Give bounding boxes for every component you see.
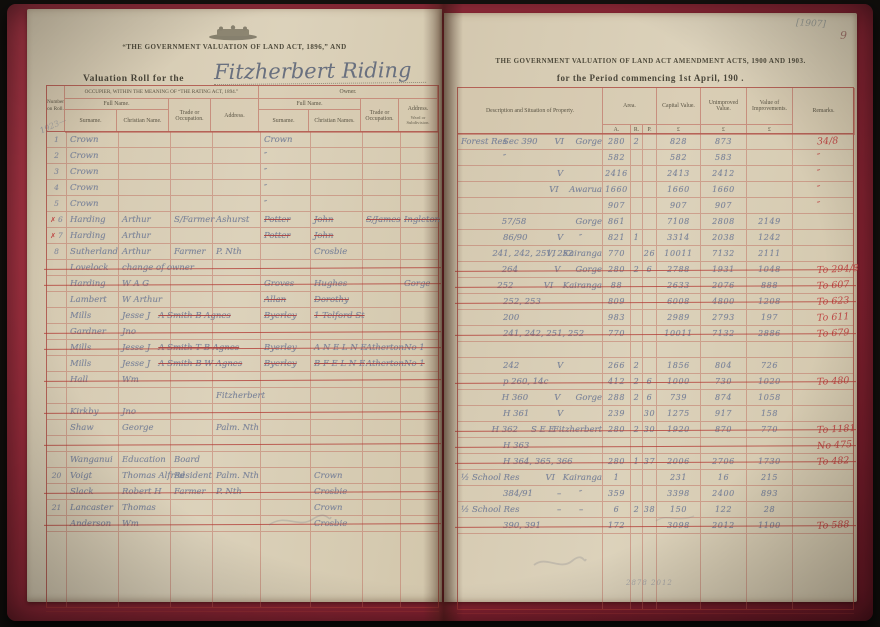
cell-owc xyxy=(311,420,363,435)
cell-owc xyxy=(311,372,363,387)
roll-label: Valuation Roll for the xyxy=(83,74,184,84)
roll-row-left: Fitzherbert xyxy=(47,388,438,404)
roll-row-right: 242V26621856804726 xyxy=(458,358,853,374)
cell-owc: John xyxy=(311,228,363,243)
cell-owc: B F E L N E xyxy=(311,356,363,371)
roll-row-right: H 364, 365, 366280137200627061730To 482 xyxy=(458,454,853,470)
cell-a: 280 xyxy=(603,422,631,437)
cell-occ xyxy=(119,132,171,147)
roll-row-right: 907907907″ xyxy=(458,198,853,214)
cell-no: 5 xyxy=(47,196,67,211)
roll-row-right: Forest ResSec 390VIGorge280282887334/8 xyxy=(458,134,853,150)
cell-oct xyxy=(171,404,213,419)
cell-owa: No 1 xyxy=(401,340,440,355)
cell-owa xyxy=(401,180,440,195)
cell-imp xyxy=(747,342,793,357)
right-table: Description and Situation of Property. A… xyxy=(457,87,854,614)
cell-description: VIAwarua xyxy=(458,182,603,197)
cell-ows xyxy=(261,468,311,483)
roll-row-right: H 363No 475 xyxy=(458,438,853,454)
cell-no xyxy=(47,452,67,467)
col-header-full-name-owner: Full Name. xyxy=(259,99,361,110)
cell-remarks: To 588 xyxy=(793,518,855,533)
riding-name-handwritten: Fitzherbert Riding xyxy=(214,58,426,85)
cell-owc: 1 Telford St xyxy=(311,308,363,323)
cell-owa xyxy=(401,228,440,243)
cell-description xyxy=(458,342,603,357)
cell-no: 1 xyxy=(47,132,67,147)
cell-p xyxy=(643,214,657,229)
cell-owc: Crosbie xyxy=(311,244,363,259)
ward-subdivision-label: Ward or Subdivision. xyxy=(400,115,436,125)
cell-description: H 363 xyxy=(458,438,603,453)
cell-oct: S/Farmer xyxy=(171,212,213,227)
left-rows: 1CrownCrown2Crown″3Crown″4Crown″5Crown″✗… xyxy=(46,132,439,607)
cell-r xyxy=(631,166,643,181)
cell-occ xyxy=(119,180,171,195)
cell-oct xyxy=(171,196,213,211)
cell-owa xyxy=(401,308,440,323)
roll-row-left: LambertW ArthurAllanDorothy xyxy=(47,292,438,308)
cell-ocs: Shaw xyxy=(67,420,119,435)
cell-remarks: ″ xyxy=(793,150,855,165)
cell-a: 6 xyxy=(603,502,631,517)
red-x-mark: ✗ xyxy=(50,216,56,224)
cell-owa xyxy=(401,452,440,467)
cell-ocs xyxy=(67,388,119,403)
col-header-full-name-occupier: Full Name. xyxy=(65,99,169,110)
cell-owt xyxy=(363,420,401,435)
cell-owc xyxy=(311,180,363,195)
cell-owc: Hughes xyxy=(311,276,363,291)
cell-a: 907 xyxy=(603,198,631,213)
cell-r: 1 xyxy=(631,230,643,245)
roll-row-right: 252VIKairanga8826332076888To 607 xyxy=(458,278,853,294)
cell-oct xyxy=(171,420,213,435)
cell-owa xyxy=(401,484,440,499)
cell-owt xyxy=(363,516,401,531)
cell-oct xyxy=(171,228,213,243)
cell-imp: 1242 xyxy=(747,230,793,245)
cell-description: H 361V xyxy=(458,406,603,421)
cell-oct xyxy=(171,164,213,179)
roll-row-left: HardingW A GGrovesHughesGorge xyxy=(47,276,438,292)
col-header-remarks: Remarks. xyxy=(793,88,855,135)
cell-ocs: Slack xyxy=(67,484,119,499)
cell-description: 390, 391 xyxy=(458,518,603,533)
cell-imp: 1048 xyxy=(747,262,793,277)
cell-ocs: Gardner xyxy=(67,324,119,339)
cell-cap: 6008 xyxy=(657,294,701,309)
roll-row-left: MillsJesse JA Smith T B AgnesByerleyA N … xyxy=(47,340,438,356)
period-title: for the Period commencing 1st April, 190… xyxy=(444,73,857,83)
cell-ows: Crown xyxy=(261,132,311,147)
cell-ocs: Lancaster xyxy=(67,500,119,515)
cell-remarks xyxy=(793,502,855,517)
cell-cap: 10011 xyxy=(657,326,701,341)
cell-remarks xyxy=(793,486,855,501)
cell-r: 1 xyxy=(631,454,643,469)
cell-oca xyxy=(213,324,261,339)
cell-uni: 7132 xyxy=(701,246,747,261)
cell-oca xyxy=(213,292,261,307)
cell-uni: 2793 xyxy=(701,310,747,325)
cell-occ xyxy=(119,436,171,451)
cell-owt xyxy=(363,500,401,515)
cell-owa xyxy=(401,436,440,451)
cell-imp xyxy=(747,438,793,453)
col-header-christian-names-owner: Christian Names. xyxy=(309,110,361,133)
roll-row-left: MillsJesse JA Smith B AgnesByerley1 Telf… xyxy=(47,308,438,324)
cell-a: 770 xyxy=(603,326,631,341)
cell-p xyxy=(643,150,657,165)
cell-oca: P. Nth xyxy=(213,244,261,259)
cell-remarks xyxy=(793,406,855,421)
cell-description: 241, 242, 251, 252VIKairanga xyxy=(458,246,603,261)
cell-oca xyxy=(213,404,261,419)
cell-owa xyxy=(401,516,440,531)
cell-remarks: To 679 xyxy=(793,326,855,341)
cell-ocs: Mills xyxy=(67,308,119,323)
cell-ocs: Kirkby xyxy=(67,404,119,419)
cell-imp: 2886 xyxy=(747,326,793,341)
cell-r xyxy=(631,182,643,197)
cell-a: 88 xyxy=(603,278,631,293)
cell-oca: Ashurst xyxy=(213,212,261,227)
cell-owc: John xyxy=(311,212,363,227)
roll-row-right: H 362S E EFitzherbert2802301920870770To … xyxy=(458,422,853,438)
cell-occ: W Arthur xyxy=(119,292,171,307)
cell-ows xyxy=(261,244,311,259)
cell-r xyxy=(631,486,643,501)
cell-ocs: Mills xyxy=(67,356,119,371)
roll-row-left: 20VoigtThomas AlfredResidentPalm. NthCro… xyxy=(47,468,438,484)
cell-description: 252VIKairanga xyxy=(458,278,603,293)
cell-r xyxy=(631,518,643,533)
cell-oca: Palm. Nth xyxy=(213,468,261,483)
roll-row-left: ✗6HardingArthurS/FarmerAshurstPotterJohn… xyxy=(47,212,438,228)
cell-owa xyxy=(401,420,440,435)
cell-oct xyxy=(171,388,213,403)
cell-owc: Crosbie xyxy=(311,484,363,499)
roll-row-left: 3Crown″ xyxy=(47,164,438,180)
cell-cap: 1000 xyxy=(657,374,701,389)
cell-p xyxy=(643,342,657,357)
cell-ocs: Lambert xyxy=(67,292,119,307)
pencil-smudge xyxy=(265,509,335,531)
cell-p xyxy=(643,326,657,341)
col-group-owner: Owner. xyxy=(259,86,438,99)
cell-r: 2 xyxy=(631,422,643,437)
cell-r: 2 xyxy=(631,134,643,149)
cell-oct xyxy=(171,516,213,531)
cell-cap: 739 xyxy=(657,390,701,405)
cell-imp: 215 xyxy=(747,470,793,485)
cell-owa xyxy=(401,132,440,147)
cell-occ: Jesse JA Smith T B Agnes xyxy=(119,340,171,355)
cell-oca xyxy=(213,452,261,467)
cell-uni: 873 xyxy=(701,134,747,149)
cell-description: 242V xyxy=(458,358,603,373)
roll-row-left: ✗7HardingArthurPotterJohn xyxy=(47,228,438,244)
cell-owt xyxy=(363,468,401,483)
roll-row-right: V241624132412″ xyxy=(458,166,853,182)
cell-cap: 1275 xyxy=(657,406,701,421)
cell-imp: 726 xyxy=(747,358,793,373)
empty-row xyxy=(47,562,438,577)
cell-oct xyxy=(171,356,213,371)
cell-uni xyxy=(701,342,747,357)
roll-row-right: 241, 242, 251, 2527701001171322886To 679 xyxy=(458,326,853,342)
empty-row xyxy=(47,577,438,592)
cell-oca xyxy=(213,228,261,243)
cell-owa xyxy=(401,244,440,259)
cell-owc: Dorothy xyxy=(311,292,363,307)
cell-owa: No 1 xyxy=(401,356,440,371)
cell-imp xyxy=(747,150,793,165)
roll-row-right: 241, 242, 251, 252VIKairanga770261001171… xyxy=(458,246,853,262)
roll-row-right: H 361V239301275917158 xyxy=(458,406,853,422)
cell-uni: 1660 xyxy=(701,182,747,197)
cell-r: 2 xyxy=(631,390,643,405)
cell-r xyxy=(631,342,643,357)
cell-imp: 158 xyxy=(747,406,793,421)
cell-oca xyxy=(213,372,261,387)
cell-no: ✗7 xyxy=(47,228,67,243)
cell-ows: Potter xyxy=(261,228,311,243)
col-header-surname-owner: Surname. xyxy=(259,110,309,133)
cell-owa xyxy=(401,324,440,339)
cell-imp: 1058 xyxy=(747,390,793,405)
cell-imp: 770 xyxy=(747,422,793,437)
roll-row-left: 21LancasterThomasCrown xyxy=(47,500,438,516)
cell-uni: 2038 xyxy=(701,230,747,245)
cell-cap: 2788 xyxy=(657,262,701,277)
right-rows: Forest ResSec 390VIGorge280282887334/8″5… xyxy=(457,134,854,609)
cell-ocs xyxy=(67,436,119,451)
roll-row-left: KirkbyJno xyxy=(47,404,438,420)
cell-p xyxy=(643,294,657,309)
cell-cap: 2006 xyxy=(657,454,701,469)
cell-ocs: Harding xyxy=(67,228,119,243)
left-table-footline xyxy=(46,607,439,612)
cell-owt xyxy=(363,164,401,179)
cell-no: 21 xyxy=(47,500,67,515)
cell-a: 821 xyxy=(603,230,631,245)
col-header-description: Description and Situation of Property. xyxy=(458,88,603,135)
cell-ows: ″ xyxy=(261,180,311,195)
cell-uni xyxy=(701,438,747,453)
cell-owt: Atherton xyxy=(363,340,401,355)
year-pencil-note: [1907] xyxy=(796,18,826,30)
cell-oct xyxy=(171,500,213,515)
cell-ows: Groves xyxy=(261,276,311,291)
cell-oca xyxy=(213,276,261,291)
empty-row xyxy=(47,532,438,547)
col-header-address-owner: Address. Ward or Subdivision. xyxy=(399,99,438,133)
cell-occ: change of owner xyxy=(119,260,171,275)
cell-a: 172 xyxy=(603,518,631,533)
cell-ows xyxy=(261,420,311,435)
cell-cap xyxy=(657,342,701,357)
cell-p: 26 xyxy=(643,246,657,261)
cell-oca xyxy=(213,500,261,515)
cell-imp: 1208 xyxy=(747,294,793,309)
cell-owt xyxy=(363,132,401,147)
cell-oca xyxy=(213,308,261,323)
cell-no: 4 xyxy=(47,180,67,195)
cell-occ: Thomas Alfred xyxy=(119,468,171,483)
cell-a: 359 xyxy=(603,486,631,501)
roll-row-right: 86/90V″8211331420381242 xyxy=(458,230,853,246)
cell-cap: 1856 xyxy=(657,358,701,373)
cell-ocs: Voigt xyxy=(67,468,119,483)
cell-description: V xyxy=(458,166,603,181)
cell-owt xyxy=(363,292,401,307)
cell-oct xyxy=(171,132,213,147)
cell-r xyxy=(631,310,643,325)
cell-description: H 364, 365, 366 xyxy=(458,454,603,469)
cell-cap: 3314 xyxy=(657,230,701,245)
cell-ows xyxy=(261,324,311,339)
cell-oct xyxy=(171,180,213,195)
cell-ows: ″ xyxy=(261,196,311,211)
cell-ows: ″ xyxy=(261,148,311,163)
cell-remarks: To 480 xyxy=(793,374,855,389)
cell-no xyxy=(47,340,67,355)
cell-owt xyxy=(363,148,401,163)
cell-owa xyxy=(401,388,440,403)
cell-cap: 7108 xyxy=(657,214,701,229)
cell-no xyxy=(47,308,67,323)
cell-oct xyxy=(171,324,213,339)
cell-ows xyxy=(261,452,311,467)
cell-oca xyxy=(213,164,261,179)
cell-oct xyxy=(171,260,213,275)
cell-occ: Jesse JA Smith B Agnes xyxy=(119,308,171,323)
cell-uni: 7132 xyxy=(701,326,747,341)
cell-p xyxy=(643,134,657,149)
cell-owc xyxy=(311,388,363,403)
cell-a: 983 xyxy=(603,310,631,325)
cell-occ: Jno xyxy=(119,324,171,339)
cell-no xyxy=(47,436,67,451)
cell-uni: 874 xyxy=(701,390,747,405)
left-page: “THE GOVERNMENT VALUATION OF LAND ACT, 1… xyxy=(27,9,442,602)
cell-description: ″ xyxy=(458,150,603,165)
col-header-value-of-improvements: Value of Improvements. xyxy=(747,88,793,125)
cell-owc xyxy=(311,404,363,419)
cell-owa xyxy=(401,148,440,163)
cell-remarks xyxy=(793,214,855,229)
cell-no xyxy=(47,516,67,531)
cell-no xyxy=(47,260,67,275)
cell-owt xyxy=(363,196,401,211)
cell-no xyxy=(47,356,67,371)
cell-no xyxy=(47,484,67,499)
cell-cap: 907 xyxy=(657,198,701,213)
roll-row-right: ½ School ResVIKairanga123116215 xyxy=(458,470,853,486)
cell-oct xyxy=(171,372,213,387)
cell-p: 6 xyxy=(643,390,657,405)
roll-row-right: p 260, 14c4122610007301020To 480 xyxy=(458,374,853,390)
cell-remarks: ″ xyxy=(793,166,855,181)
cell-ows: Byerley xyxy=(261,340,311,355)
cell-cap: 1660 xyxy=(657,182,701,197)
cell-r xyxy=(631,438,643,453)
cell-p xyxy=(643,198,657,213)
cell-uni: 2076 xyxy=(701,278,747,293)
cell-owc xyxy=(311,260,363,275)
cell-description: Forest ResSec 390VIGorge xyxy=(458,134,603,149)
cell-r xyxy=(631,326,643,341)
cell-ows xyxy=(261,388,311,403)
cell-owt xyxy=(363,404,401,419)
cell-a: 2416 xyxy=(603,166,631,181)
cell-oca xyxy=(213,340,261,355)
cell-description: H 360VGorge xyxy=(458,390,603,405)
cell-owt xyxy=(363,388,401,403)
cell-imp: 1730 xyxy=(747,454,793,469)
cell-no: 3 xyxy=(47,164,67,179)
cell-ows xyxy=(261,404,311,419)
cell-ocs: Lovelock xyxy=(67,260,119,275)
cell-r xyxy=(631,278,643,293)
roll-row-right: 20098329892793197To 611 xyxy=(458,310,853,326)
cell-a: 280 xyxy=(603,134,631,149)
cell-owt xyxy=(363,372,401,387)
cell-ocs: Harding xyxy=(67,276,119,291)
cell-uni: 583 xyxy=(701,150,747,165)
cell-a: 266 xyxy=(603,358,631,373)
col-header-capital-value: Capital Value. xyxy=(657,88,701,125)
cell-owc xyxy=(311,324,363,339)
roll-row-right: VIAwarua166016601660″ xyxy=(458,182,853,198)
cell-imp xyxy=(747,134,793,149)
roll-row-left: 4Crown″ xyxy=(47,180,438,196)
cell-remarks xyxy=(793,470,855,485)
col-header-surname-occupier: Surname. xyxy=(65,110,117,133)
cell-remarks: ″ xyxy=(793,198,855,213)
cell-oct xyxy=(171,340,213,355)
cell-owa xyxy=(401,500,440,515)
cell-p: 6 xyxy=(643,262,657,277)
cell-remarks: ″ xyxy=(793,182,855,197)
right-table-header: Description and Situation of Property. A… xyxy=(457,87,854,134)
cell-owc: Crown xyxy=(311,468,363,483)
roll-row-right: 384/91–″35933982400893 xyxy=(458,486,853,502)
cell-owt xyxy=(363,308,401,323)
col-header-address-occupier: Address. xyxy=(211,99,259,133)
cell-imp: 197 xyxy=(747,310,793,325)
cell-oca: P. Nth xyxy=(213,484,261,499)
cell-r: 2 xyxy=(631,358,643,373)
cell-cap: 3398 xyxy=(657,486,701,501)
cell-remarks xyxy=(793,358,855,373)
cell-description: ½ School Res–– xyxy=(458,502,603,517)
cell-oca: Fitzherbert xyxy=(213,388,261,403)
cell-a xyxy=(603,438,631,453)
cell-oct xyxy=(171,436,213,451)
cell-oct xyxy=(171,292,213,307)
cell-remarks: To 611 xyxy=(793,310,855,325)
cell-cap: 2633 xyxy=(657,278,701,293)
cell-ocs: Harding xyxy=(67,212,119,227)
empty-row xyxy=(458,549,853,564)
cell-uni: 16 xyxy=(701,470,747,485)
cell-occ: George xyxy=(119,420,171,435)
cell-occ: Jno xyxy=(119,404,171,419)
